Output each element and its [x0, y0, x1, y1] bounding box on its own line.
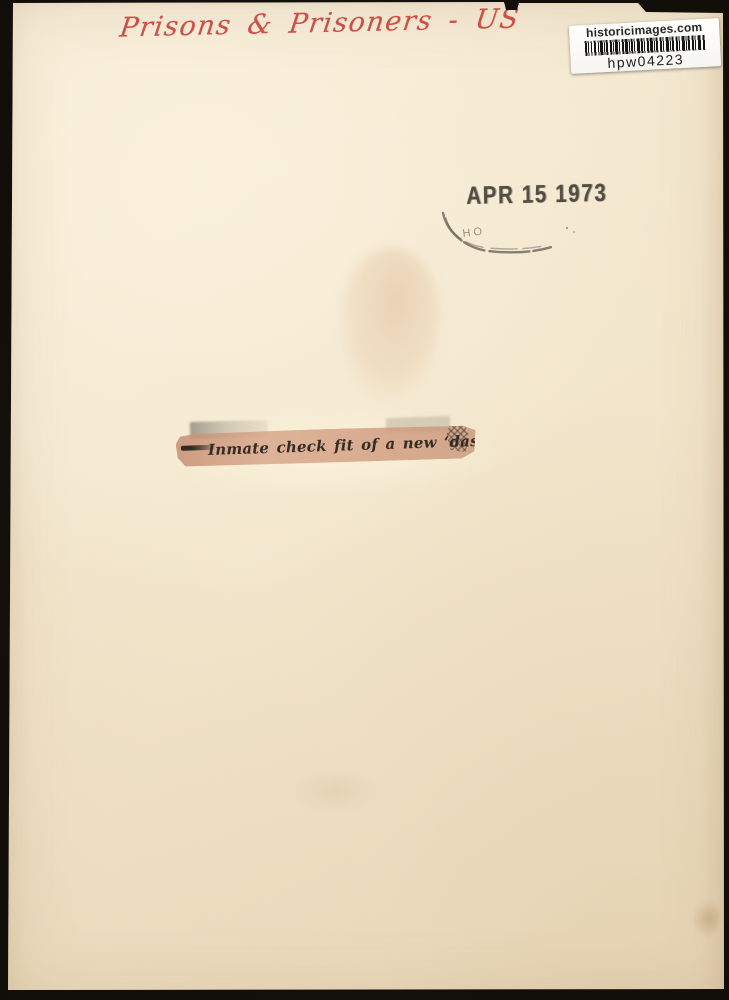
barcode-label: historicimages.com: [569, 18, 721, 74]
stamp-speck: [573, 231, 575, 233]
stain-smudge-center: [330, 243, 445, 403]
stamp-arc-line-2: [446, 218, 548, 249]
barcode-label-code: hpw04223: [607, 52, 684, 70]
partial-round-stamp: HO: [430, 200, 580, 262]
stain-bottom-right: [692, 901, 720, 937]
photo-back-scan: Prisons & Prisoners - US historicimages.…: [0, 0, 729, 1000]
stain-bottom-center: [290, 768, 380, 813]
handwritten-category-note: Prisons & Prisoners - US: [118, 3, 522, 43]
stamp-speck: [566, 227, 568, 229]
photo-paper: Prisons & Prisoners - US historicimages.…: [0, 0, 729, 1000]
partial-stamp-letters: HO: [462, 225, 486, 240]
